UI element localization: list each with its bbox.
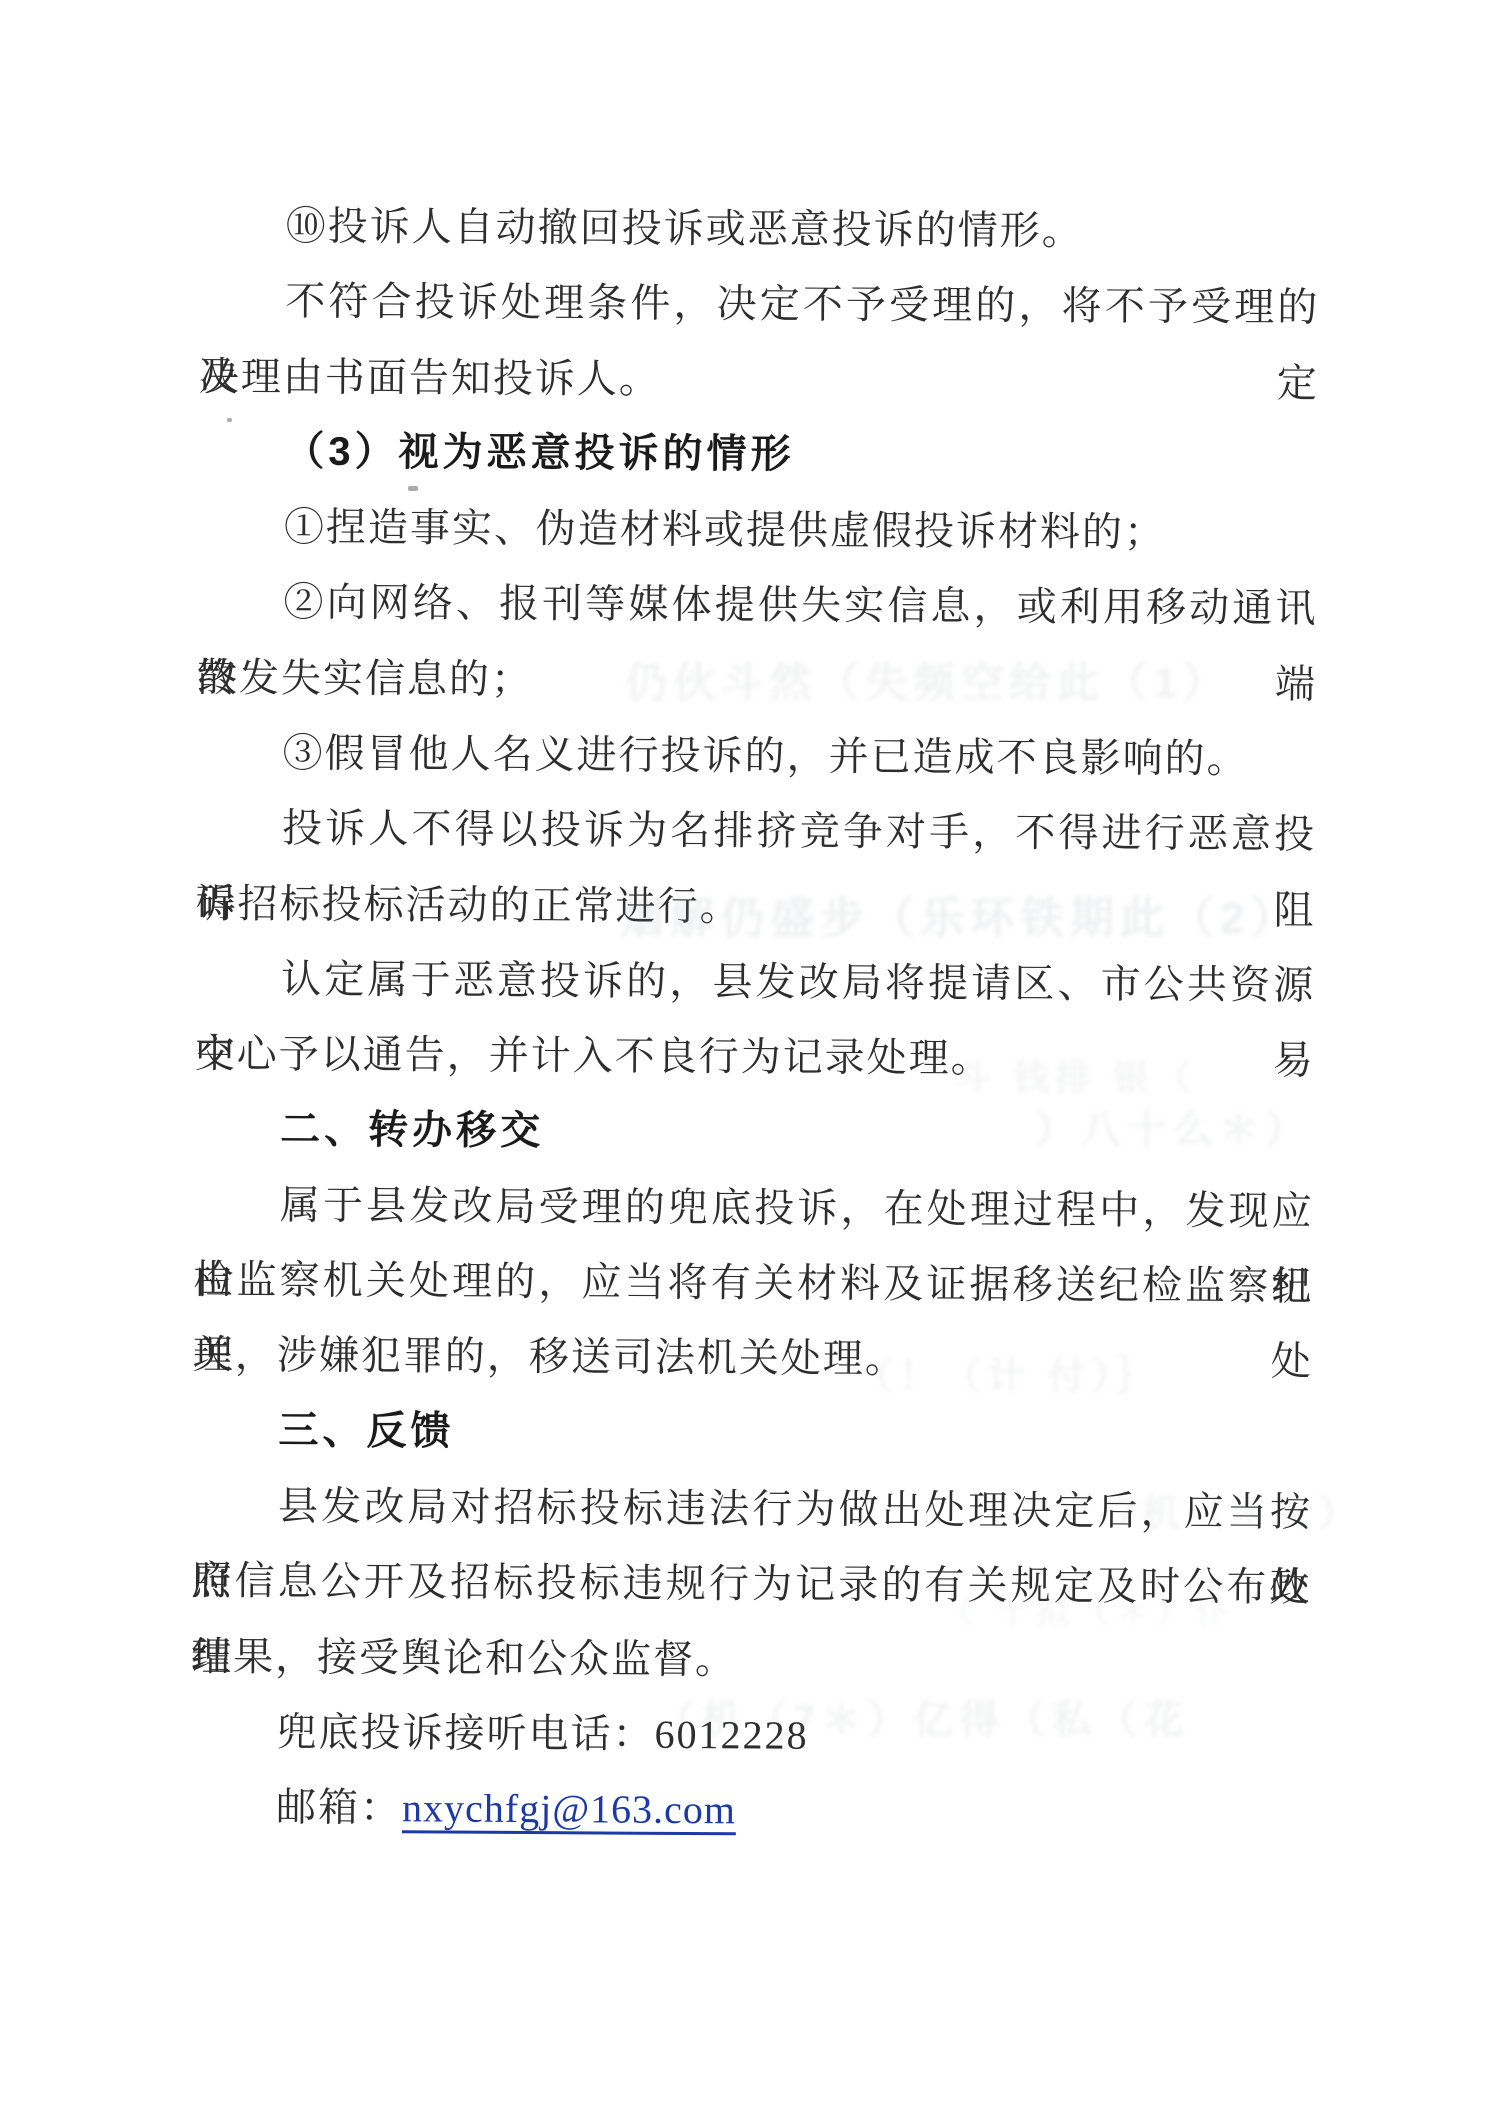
text-line: 邮箱：nxychfgj@163.com [190,1769,1310,1851]
text-line: ③假冒他人名义进行投诉的，并已造成不良影响的。 [196,715,1316,797]
text-line: 兜底投诉接听电话：6012228 [190,1694,1310,1776]
text-line: 不符合投诉处理条件，决定不予受理的，将不予受理的决定 [199,263,1319,345]
email-link[interactable]: nxychfgj@163.com [402,1785,736,1832]
text-line: 府信息公开及招标投标违规行为记录的有关规定及时公布处理 [191,1543,1311,1625]
text-line: 结果，接受舆论和公众监督。 [191,1619,1311,1701]
ink-speck-artifact [227,418,232,422]
text-line: 及理由书面告知投诉人。 [199,339,1319,421]
text-line: 属于县发改局受理的兜底投诉，在处理过程中，发现应由纪 [194,1167,1314,1249]
text-line: 中心予以通告，并计入不良行为记录处理。 [194,1016,1314,1098]
text-line: 散发失实信息的； [197,640,1317,722]
text-line: 投诉人不得以投诉为名排挤竞争对手，不得进行恶意投诉阻 [196,790,1316,872]
text-line: 碍招标投标活动的正常进行。 [195,866,1315,948]
text-column: ⑩投诉人自动撤回投诉或恶意投诉的情形。不符合投诉处理条件，决定不予受理的，将不予… [190,188,1320,1851]
email-label: 邮箱： [276,1785,402,1831]
ink-speck-artifact [408,486,418,491]
section-heading: 二、转办移交 [194,1092,1314,1174]
text-line: ②向网络、报刊等媒体提供失实信息，或利用移动通讯终端 [197,564,1317,646]
text-line: 认定属于恶意投诉的，县发改局将提请区、市公共资源交易 [195,941,1315,1023]
scanned-document-page: ⑩投诉人自动撤回投诉或恶意投诉的情形。不符合投诉处理条件，决定不予受理的，将不予… [0,0,1487,2105]
text-line: 检监察机关处理的，应当将有关材料及证据移送纪检监察机关处 [193,1242,1313,1324]
section-heading: （3）视为恶意投诉的情形 [198,414,1318,496]
text-line: ⑩投诉人自动撤回投诉或恶意投诉的情形。 [200,188,1320,270]
text-line: 理，涉嫌犯罪的，移送司法机关处理。 [193,1317,1313,1399]
text-line: ①捏造事实、伪造材料或提供虚假投诉材料的； [198,489,1318,571]
text-line: 县发改局对招标投标违法行为做出处理决定后，应当按照政 [192,1468,1312,1550]
section-heading: 三、反馈 [192,1393,1312,1475]
